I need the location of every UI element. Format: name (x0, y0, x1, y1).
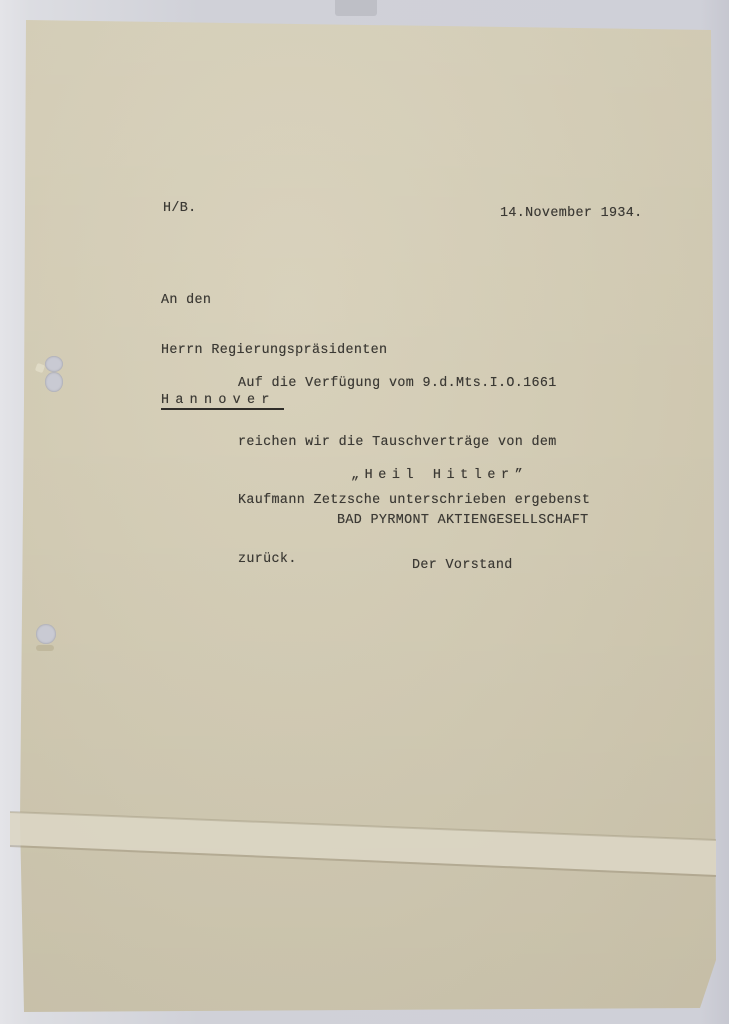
punch-hole-icon (45, 356, 63, 372)
company-name: BAD PYRMONT AKTIENGESELLSCHAFT (337, 513, 589, 528)
address-line: An den (161, 293, 387, 310)
paper-tear (36, 645, 54, 651)
punch-hole-icon (45, 372, 63, 392)
closing-greeting: „Heil Hitler” (337, 468, 589, 483)
punch-hole-icon (36, 624, 56, 644)
signatory-department: Der Vorstand (337, 558, 589, 573)
tape-scrap (335, 0, 377, 16)
body-line: Auf die Verfügung vom 9.d.Mts.I.O.1661 (238, 374, 590, 394)
signature-block: „Heil Hitler” BAD PYRMONT AKTIENGESELLSC… (337, 438, 589, 588)
letter-date: 14.November 1934. (500, 206, 643, 223)
reference-mark: H/B. (163, 201, 197, 218)
